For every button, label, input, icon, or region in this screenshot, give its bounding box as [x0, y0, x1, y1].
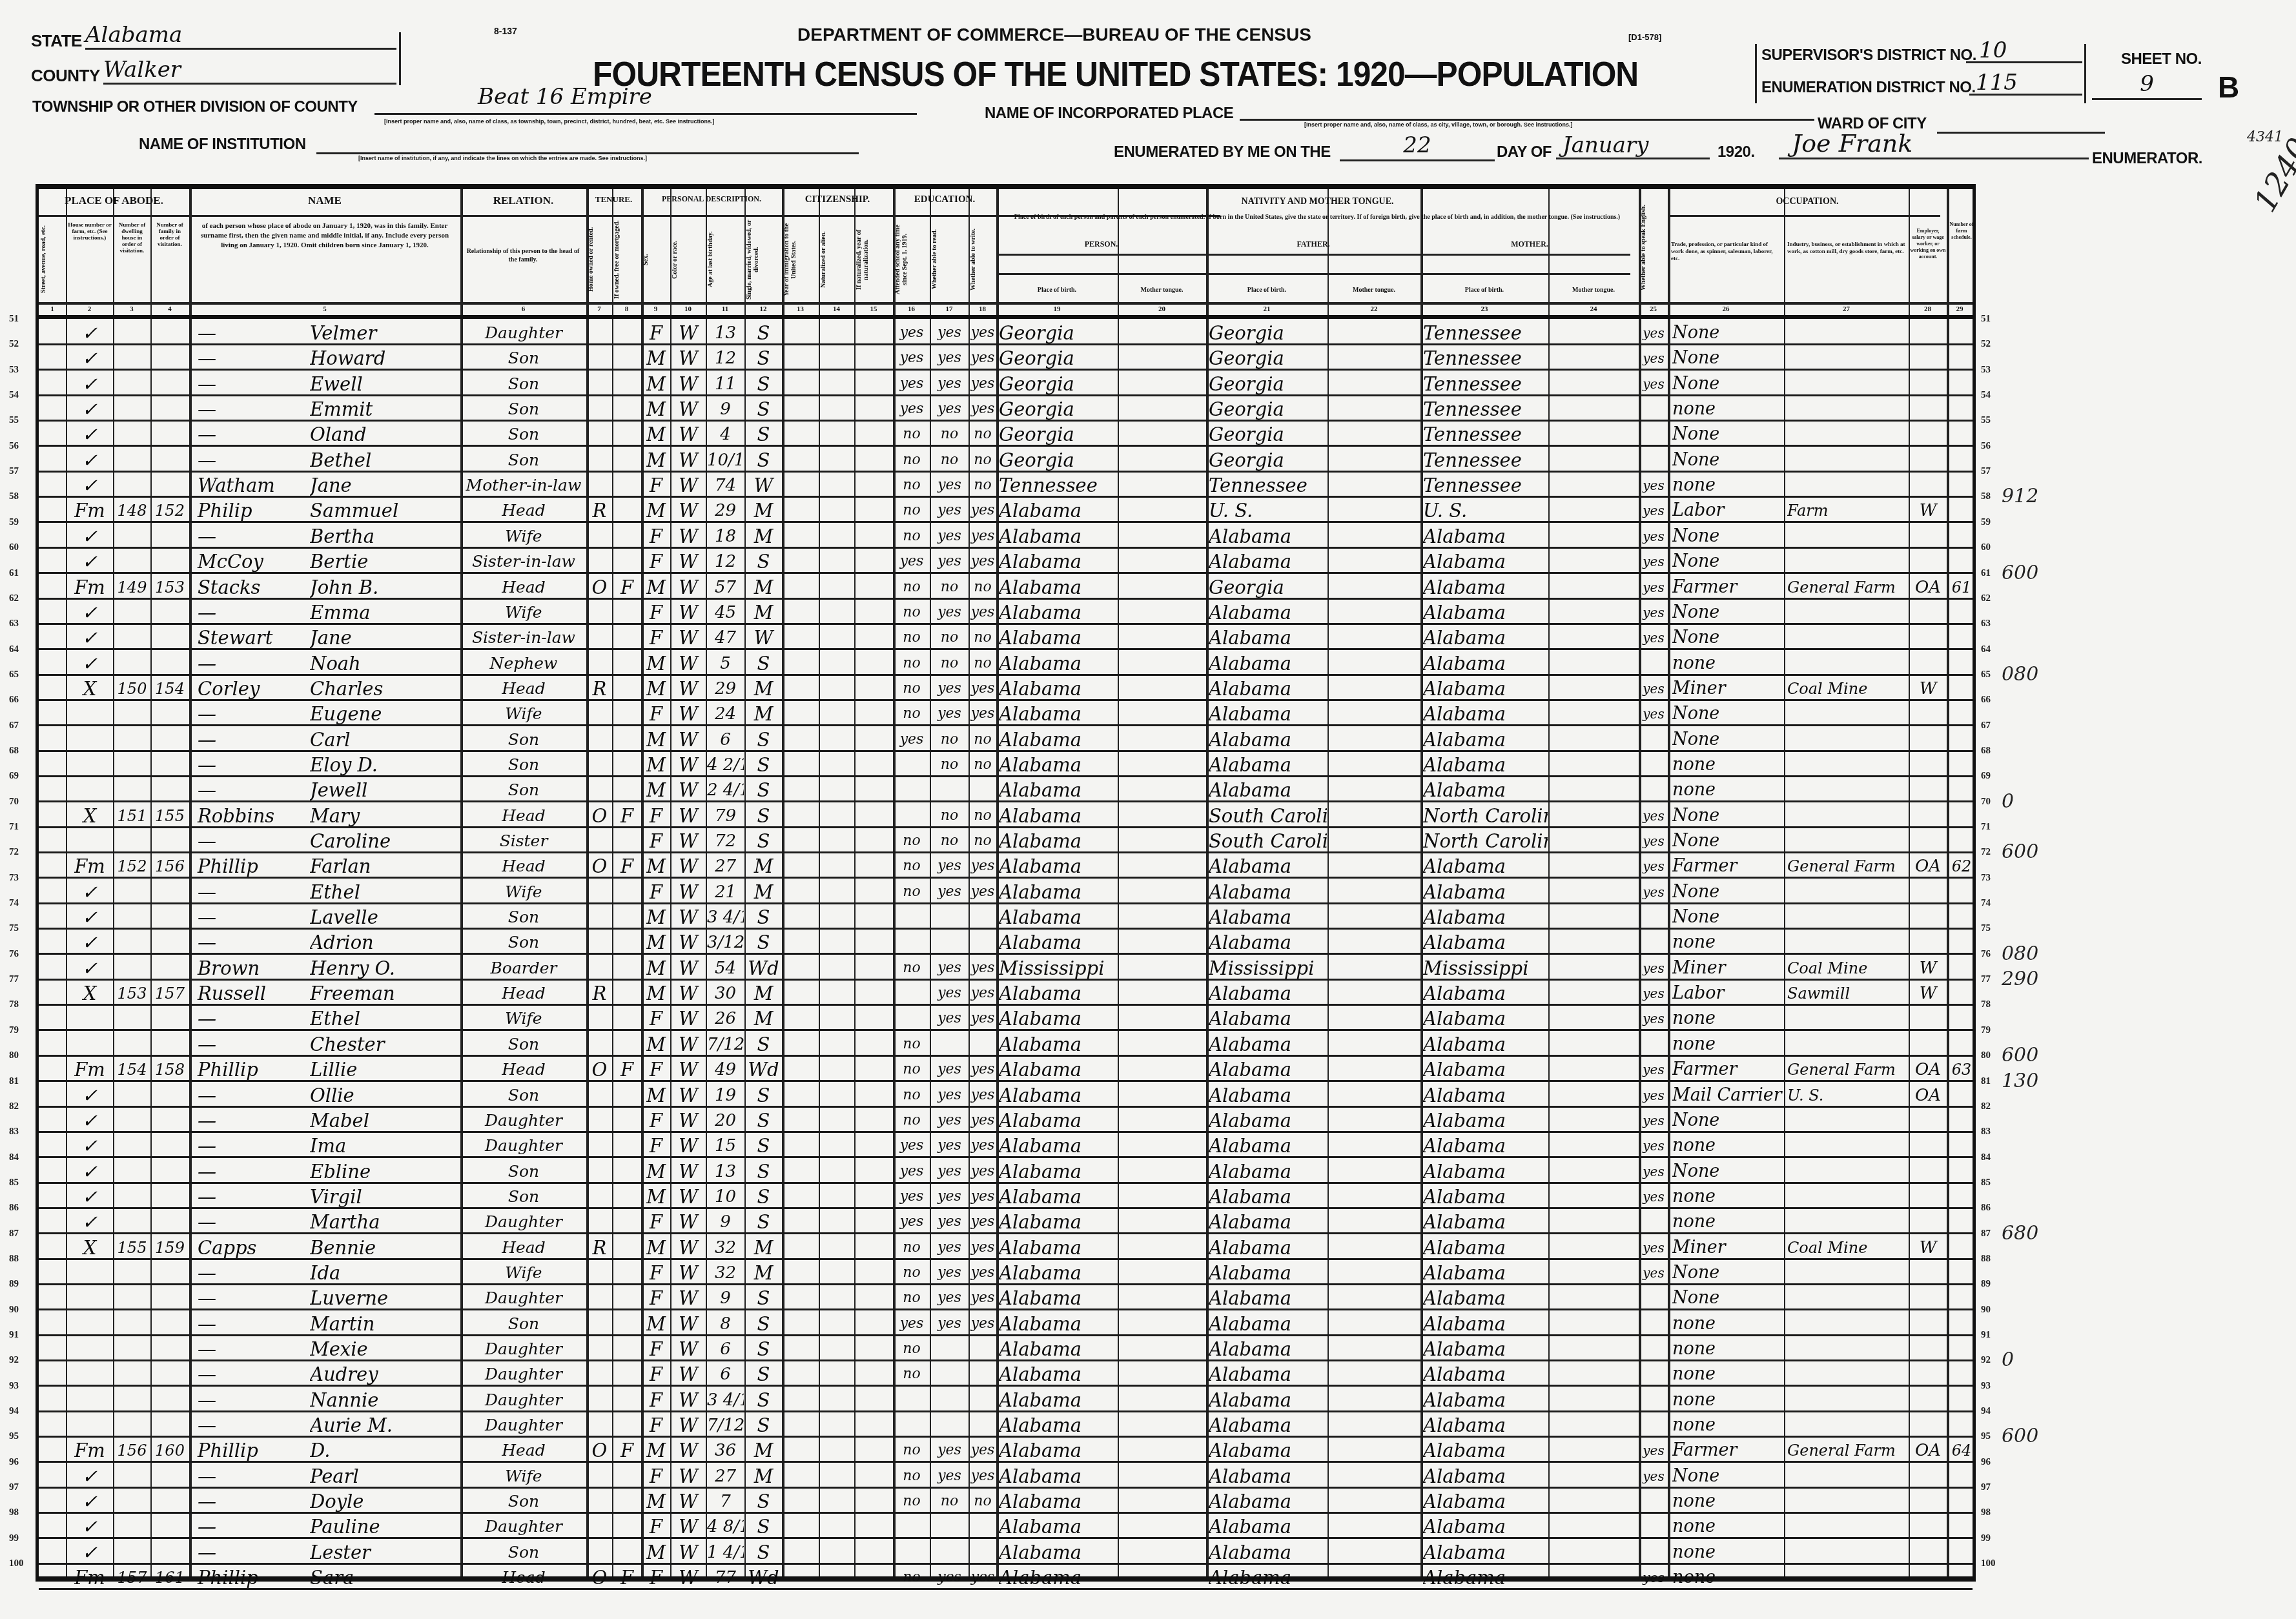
cell-speak-english: yes [1640, 522, 1667, 547]
table-row: ✓ — Emmit Son M W 9 S yes yes yes Georgi… [39, 395, 1973, 420]
cell-sex: F [642, 878, 670, 903]
cell-dwelling-number: 153 [114, 979, 150, 1004]
cell-free-mortgaged [613, 1386, 641, 1411]
cell-age: 3 4/12 [707, 903, 744, 928]
line-number: 99 [9, 1533, 19, 1544]
cell-read: yes [931, 852, 968, 877]
cell-write [970, 903, 996, 928]
header-c4: Number of family in order of visitation. [152, 221, 188, 247]
cell-birthplace: Alabama [999, 1106, 1117, 1132]
cell-sex: M [642, 1538, 670, 1563]
line-number: 79 [9, 1025, 19, 1036]
header-c23: Place of birth. [1420, 286, 1548, 294]
cell-marital: S [746, 1512, 781, 1538]
cell-house-number: ✓ [67, 547, 112, 573]
line-number: 70 [9, 797, 19, 808]
cell-employer-class: OA [1910, 1436, 1946, 1461]
cell-free-mortgaged: F [613, 1436, 641, 1461]
table-row: ✓ — Ethel Wife F W 21 M no yes yes Alaba… [39, 878, 1973, 903]
line-number: 98 [9, 1507, 19, 1518]
sheet-number-field: 9 [2092, 71, 2202, 100]
enumerator-label: ENUMERATOR. [2092, 150, 2202, 168]
enumerator-signature: Joe Frank [1779, 129, 2089, 159]
cell-farm-schedule [1949, 827, 1974, 852]
cell-employer-class [1910, 522, 1946, 547]
cell-read: yes [931, 1157, 968, 1183]
cell-home-owned [588, 1157, 611, 1183]
cell-race: W [671, 1132, 705, 1157]
cell-mother-birthplace: Alabama [1423, 1055, 1548, 1081]
line-number: 51 [1981, 314, 1991, 325]
cell-home-owned [588, 1284, 611, 1309]
cell-trade: None [1672, 522, 1783, 547]
table-row: ✓ Brown Henry O. Boarder M W 54 Wd no ye… [39, 954, 1973, 979]
cell-free-mortgaged [613, 726, 641, 751]
cell-relation: Son [462, 1183, 586, 1208]
cell-read: yes [931, 522, 968, 547]
cell-race: W [671, 1208, 705, 1233]
cell-write: no [970, 573, 996, 598]
cell-marital: M [746, 878, 781, 903]
cell-speak-english: yes [1640, 1106, 1667, 1132]
cell-sex: M [642, 1310, 670, 1335]
cell-age: 3/12 [707, 928, 744, 953]
cell-family-number [152, 598, 188, 624]
day-of-label: DAY OF [1497, 143, 1552, 161]
cell-farm-schedule: 62 [1949, 852, 1974, 877]
cell-dwelling-number [114, 751, 150, 776]
cell-relation: Boarder [462, 954, 586, 979]
cell-surname: — [192, 370, 314, 395]
column-number-2: 2 [66, 305, 113, 313]
cell-employer-class [1910, 1004, 1946, 1030]
cell-mother-birthplace: Alabama [1423, 928, 1548, 953]
header-c15: If naturalized, year of naturalization. [856, 218, 892, 301]
group-nativity: NATIVITY AND MOTHER TONGUE. [996, 197, 1639, 207]
cell-write: yes [970, 1310, 996, 1335]
cell-free-mortgaged [613, 903, 641, 928]
cell-birthplace: Alabama [999, 726, 1117, 751]
cell-race: W [671, 700, 705, 725]
line-number: 85 [1981, 1177, 1991, 1188]
cell-family-number [152, 344, 188, 369]
cell-marital: S [746, 802, 781, 827]
line-number: 70 [1981, 797, 1991, 808]
incorporated-field [1240, 97, 1814, 121]
column-number-24: 24 [1548, 305, 1639, 313]
cell-dwelling-number: 154 [114, 1055, 150, 1081]
margin-note: 600 [2002, 840, 2038, 863]
cell-home-owned [588, 751, 611, 776]
cell-dwelling-number: 149 [114, 573, 150, 598]
table-row: ✓ — Martha Daughter F W 9 S yes yes yes … [39, 1208, 1973, 1233]
cell-race: W [671, 954, 705, 979]
cell-industry [1787, 878, 1908, 903]
cell-free-mortgaged [613, 598, 641, 624]
cell-given-name: Ida [310, 1259, 460, 1284]
table-row: ✓ — Adrion Son M W 3/12 S Alabama Alabam… [39, 928, 1973, 953]
cell-family-number [152, 1106, 188, 1132]
cell-read: no [931, 751, 968, 776]
cell-given-name: John B. [310, 573, 460, 598]
cell-marital: Wd [746, 1563, 781, 1589]
cell-home-owned: R [588, 496, 611, 522]
cell-speak-english: yes [1640, 1234, 1667, 1259]
cell-speak-english: yes [1640, 573, 1667, 598]
cell-father-birthplace: Alabama [1209, 1157, 1327, 1183]
cell-given-name: Emma [310, 598, 460, 624]
cell-trade: None [1672, 802, 1783, 827]
table-row: Fm 152 156 Phillip Farlan Head O F M W 2… [39, 852, 1973, 877]
cell-write: yes [970, 496, 996, 522]
cell-family-number [152, 1183, 188, 1208]
cell-school: no [894, 827, 929, 852]
cell-dwelling-number: 156 [114, 1436, 150, 1461]
cell-father-birthplace: Georgia [1209, 344, 1327, 369]
cell-marital: M [746, 1259, 781, 1284]
cell-home-owned [588, 471, 611, 496]
cell-sex: F [642, 1386, 670, 1411]
cell-surname: Phillip [192, 852, 314, 877]
cell-speak-english [1640, 751, 1667, 776]
cell-mother-birthplace: Alabama [1423, 1462, 1548, 1487]
cell-mother-birthplace: U. S. [1423, 496, 1548, 522]
cell-employer-class [1910, 420, 1946, 445]
line-number: 93 [1981, 1381, 1991, 1392]
cell-industry [1787, 446, 1908, 471]
cell-birthplace: Alabama [999, 1462, 1117, 1487]
cell-speak-english: yes [1640, 700, 1667, 725]
cell-given-name: Sammuel [310, 496, 460, 522]
cell-marital: S [746, 1487, 781, 1512]
cell-birthplace: Alabama [999, 547, 1117, 573]
cell-school: yes [894, 370, 929, 395]
cell-relation: Head [462, 675, 586, 700]
cell-home-owned [588, 1360, 611, 1385]
line-number: 59 [1981, 517, 1991, 528]
cell-school [894, 1411, 929, 1436]
header-c10: Color or race. [671, 218, 705, 301]
cell-birthplace: Alabama [999, 928, 1117, 953]
cell-home-owned [588, 1208, 611, 1233]
cell-house-number: ✓ [67, 649, 112, 675]
cell-surname: — [192, 1081, 314, 1106]
cell-school: yes [894, 1132, 929, 1157]
cell-sex: M [642, 420, 670, 445]
cell-sex: F [642, 1563, 670, 1589]
cell-birthplace: Alabama [999, 1132, 1117, 1157]
cell-free-mortgaged [613, 547, 641, 573]
table-row: ✓ — Velmer Daughter F W 13 S yes yes yes… [39, 319, 1973, 344]
cell-trade: None [1672, 624, 1783, 649]
cell-write [970, 1538, 996, 1563]
cell-speak-english [1640, 903, 1667, 928]
line-number: 88 [1981, 1254, 1991, 1265]
cell-given-name: Pearl [310, 1462, 460, 1487]
cell-trade: none [1672, 1030, 1783, 1055]
cell-relation: Son [462, 726, 586, 751]
cell-industry [1787, 598, 1908, 624]
cell-house-number [67, 1284, 112, 1309]
cell-race: W [671, 1563, 705, 1589]
cell-farm-schedule [1949, 878, 1974, 903]
cell-trade: none [1672, 1310, 1783, 1335]
cell-father-birthplace: Georgia [1209, 446, 1327, 471]
cell-birthplace: Alabama [999, 700, 1117, 725]
cell-age: 9 [707, 1284, 744, 1309]
cell-write: yes [970, 675, 996, 700]
cell-race: W [671, 878, 705, 903]
cell-farm-schedule [1949, 446, 1974, 471]
cell-read [931, 1386, 968, 1411]
state-field: Alabama [85, 22, 396, 50]
cell-race: W [671, 522, 705, 547]
page-title: FOURTEENTH CENSUS OF THE UNITED STATES: … [593, 54, 1638, 94]
cell-mother-birthplace: North Carolina [1423, 802, 1548, 827]
cell-given-name: Mabel [310, 1106, 460, 1132]
cell-given-name: D. [310, 1436, 460, 1461]
cell-house-number: ✓ [67, 903, 112, 928]
cell-dwelling-number [114, 1157, 150, 1183]
cell-industry: Coal Mine [1787, 1234, 1908, 1259]
cell-family-number: 152 [152, 496, 188, 522]
cell-employer-class [1910, 751, 1946, 776]
cell-free-mortgaged [613, 649, 641, 675]
cell-free-mortgaged: F [613, 1055, 641, 1081]
column-number-3: 3 [113, 305, 150, 313]
header-c14: Naturalized or alien. [820, 218, 854, 301]
cell-father-birthplace: South Carolina [1209, 802, 1327, 827]
cell-employer-class [1910, 1512, 1946, 1538]
cell-marital: M [746, 573, 781, 598]
cell-read: yes [931, 1563, 968, 1589]
cell-sex: F [642, 471, 670, 496]
table-row: ✓ — Doyle Son M W 7 S no no no Alabama A… [39, 1487, 1973, 1512]
cell-age: 57 [707, 573, 744, 598]
cell-father-birthplace: Alabama [1209, 1132, 1327, 1157]
cell-employer-class [1910, 802, 1946, 827]
cell-house-number [67, 1004, 112, 1030]
cell-family-number [152, 751, 188, 776]
cell-industry [1787, 1462, 1908, 1487]
line-number: 97 [1981, 1482, 1991, 1493]
cell-relation: Daughter [462, 1360, 586, 1385]
cell-father-birthplace: South Carolina [1209, 827, 1327, 852]
cell-birthplace: Alabama [999, 1081, 1117, 1106]
line-number: 94 [1981, 1406, 1991, 1417]
cell-sex: F [642, 1512, 670, 1538]
cell-free-mortgaged [613, 1030, 641, 1055]
table-row: ✓ — Noah Nephew M W 5 S no no no Alabama… [39, 649, 1973, 675]
cell-mother-birthplace: Mississippi [1423, 954, 1548, 979]
cell-read [931, 1538, 968, 1563]
cell-mother-birthplace: Alabama [1423, 1208, 1548, 1233]
cell-trade: None [1672, 446, 1783, 471]
cell-birthplace: Alabama [999, 1310, 1117, 1335]
line-number: 100 [1981, 1558, 1996, 1569]
line-number: 71 [9, 822, 19, 833]
bracket [399, 32, 401, 85]
cell-read: no [931, 624, 968, 649]
cell-race: W [671, 1436, 705, 1461]
cell-trade: none [1672, 928, 1783, 953]
cell-home-owned [588, 1081, 611, 1106]
cell-write: no [970, 446, 996, 471]
cell-race: W [671, 802, 705, 827]
cell-race: W [671, 1360, 705, 1385]
cell-house-number [67, 1030, 112, 1055]
cell-house-number: ✓ [67, 446, 112, 471]
cell-age: 10/12 [707, 446, 744, 471]
cell-school: yes [894, 1183, 929, 1208]
line-number: 64 [1981, 644, 1991, 655]
line-number: 74 [9, 898, 19, 909]
cell-industry [1787, 1157, 1908, 1183]
cell-school: no [894, 1335, 929, 1360]
cell-birthplace: Alabama [999, 1208, 1117, 1233]
cell-father-birthplace: Alabama [1209, 1259, 1327, 1284]
cell-speak-english [1640, 1208, 1667, 1233]
cell-trade: None [1672, 1106, 1783, 1132]
cell-write [970, 1512, 996, 1538]
cell-father-birthplace: Tennessee [1209, 471, 1327, 496]
cell-sex: M [642, 1183, 670, 1208]
header-c27: Industry, business, or establishment in … [1787, 241, 1905, 255]
cell-farm-schedule [1949, 1030, 1974, 1055]
cell-farm-schedule [1949, 700, 1974, 725]
cell-marital: M [746, 675, 781, 700]
cell-surname: Phillip [192, 1436, 314, 1461]
cell-read [931, 1030, 968, 1055]
cell-family-number [152, 624, 188, 649]
column-number-4: 4 [150, 305, 189, 313]
cell-family-number [152, 1030, 188, 1055]
cell-sex: M [642, 675, 670, 700]
cell-age: 6 [707, 726, 744, 751]
cell-race: W [671, 1081, 705, 1106]
line-number: 55 [1981, 415, 1991, 426]
table-row: ✓ — Howard Son M W 12 S yes yes yes Geor… [39, 344, 1973, 369]
cell-age: 15 [707, 1132, 744, 1157]
cell-sex: F [642, 827, 670, 852]
cell-industry [1787, 700, 1908, 725]
cell-birthplace: Alabama [999, 1183, 1117, 1208]
cell-school: no [894, 1436, 929, 1461]
cell-dwelling-number: 148 [114, 496, 150, 522]
cell-dwelling-number [114, 1411, 150, 1436]
cell-dwelling-number [114, 827, 150, 852]
cell-mother-birthplace: Alabama [1423, 1081, 1548, 1106]
line-number: 67 [1981, 720, 1991, 731]
cell-trade: None [1672, 903, 1783, 928]
cell-age: 9 [707, 395, 744, 420]
column-number-14: 14 [819, 305, 854, 313]
cell-home-owned [588, 319, 611, 344]
header-c2: House number or farm, etc. (See instruct… [67, 221, 112, 241]
cell-free-mortgaged [613, 1360, 641, 1385]
cell-industry: General Farm [1787, 1055, 1908, 1081]
cell-father-birthplace: Alabama [1209, 1081, 1327, 1106]
cell-free-mortgaged [613, 1106, 641, 1132]
cell-sex: F [642, 547, 670, 573]
cell-surname: — [192, 1360, 314, 1385]
cell-speak-english: yes [1640, 1436, 1667, 1461]
cell-relation: Daughter [462, 319, 586, 344]
table-row: X 150 154 Corley Charles Head R M W 29 M… [39, 675, 1973, 700]
cell-farm-schedule: 63 [1949, 1055, 1974, 1081]
cell-given-name: Henry O. [310, 954, 460, 979]
cell-father-birthplace: Alabama [1209, 522, 1327, 547]
cell-age: 27 [707, 852, 744, 877]
header-c22: Mother tongue. [1327, 286, 1420, 294]
line-number: 88 [9, 1254, 19, 1265]
cell-father-birthplace: Alabama [1209, 751, 1327, 776]
cell-relation: Sister [462, 827, 586, 852]
cell-write: yes [970, 954, 996, 979]
cell-mother-birthplace: Alabama [1423, 1538, 1548, 1563]
cell-given-name: Jane [310, 624, 460, 649]
line-number: 57 [9, 466, 19, 477]
cell-industry [1787, 1208, 1908, 1233]
table-row: ✓ McCoy Bertie Sister-in-law F W 12 S ye… [39, 547, 1973, 573]
cell-relation: Head [462, 979, 586, 1004]
cell-marital: S [746, 370, 781, 395]
line-number: 100 [9, 1558, 24, 1569]
cell-relation: Wife [462, 522, 586, 547]
cell-birthplace: Alabama [999, 649, 1117, 675]
cell-write: yes [970, 1284, 996, 1309]
cell-dwelling-number [114, 1310, 150, 1335]
cell-surname: — [192, 1386, 314, 1411]
cell-school [894, 1004, 929, 1030]
line-number: 72 [9, 847, 19, 858]
cell-marital: S [746, 547, 781, 573]
cell-dwelling-number [114, 1030, 150, 1055]
cell-family-number [152, 1386, 188, 1411]
cell-read: yes [931, 878, 968, 903]
cell-dwelling-number: 152 [114, 852, 150, 877]
cell-family-number [152, 1310, 188, 1335]
cell-dwelling-number [114, 1386, 150, 1411]
cell-father-birthplace: Mississippi [1209, 954, 1327, 979]
cell-relation: Head [462, 496, 586, 522]
line-number: 89 [1981, 1279, 1991, 1290]
cell-dwelling-number [114, 1284, 150, 1309]
cell-employer-class [1910, 624, 1946, 649]
cell-industry [1787, 395, 1908, 420]
column-number-21: 21 [1206, 305, 1327, 313]
cell-family-number [152, 1284, 188, 1309]
cell-relation: Son [462, 420, 586, 445]
cell-relation: Son [462, 751, 586, 776]
line-number: 53 [1981, 365, 1991, 376]
cell-family-number [152, 420, 188, 445]
cell-relation: Son [462, 1310, 586, 1335]
line-number: 87 [9, 1228, 19, 1239]
cell-given-name: Bennie [310, 1234, 460, 1259]
cell-industry: Farm [1787, 496, 1908, 522]
cell-relation: Daughter [462, 1106, 586, 1132]
line-number: 84 [1981, 1152, 1991, 1163]
cell-write: no [970, 649, 996, 675]
cell-sex: M [642, 928, 670, 953]
cell-dwelling-number [114, 1487, 150, 1512]
enumerated-month-field: January [1556, 132, 1710, 159]
cell-dwelling-number [114, 370, 150, 395]
cell-industry [1787, 1386, 1908, 1411]
cell-home-owned [588, 395, 611, 420]
cell-birthplace: Tennessee [999, 471, 1117, 496]
